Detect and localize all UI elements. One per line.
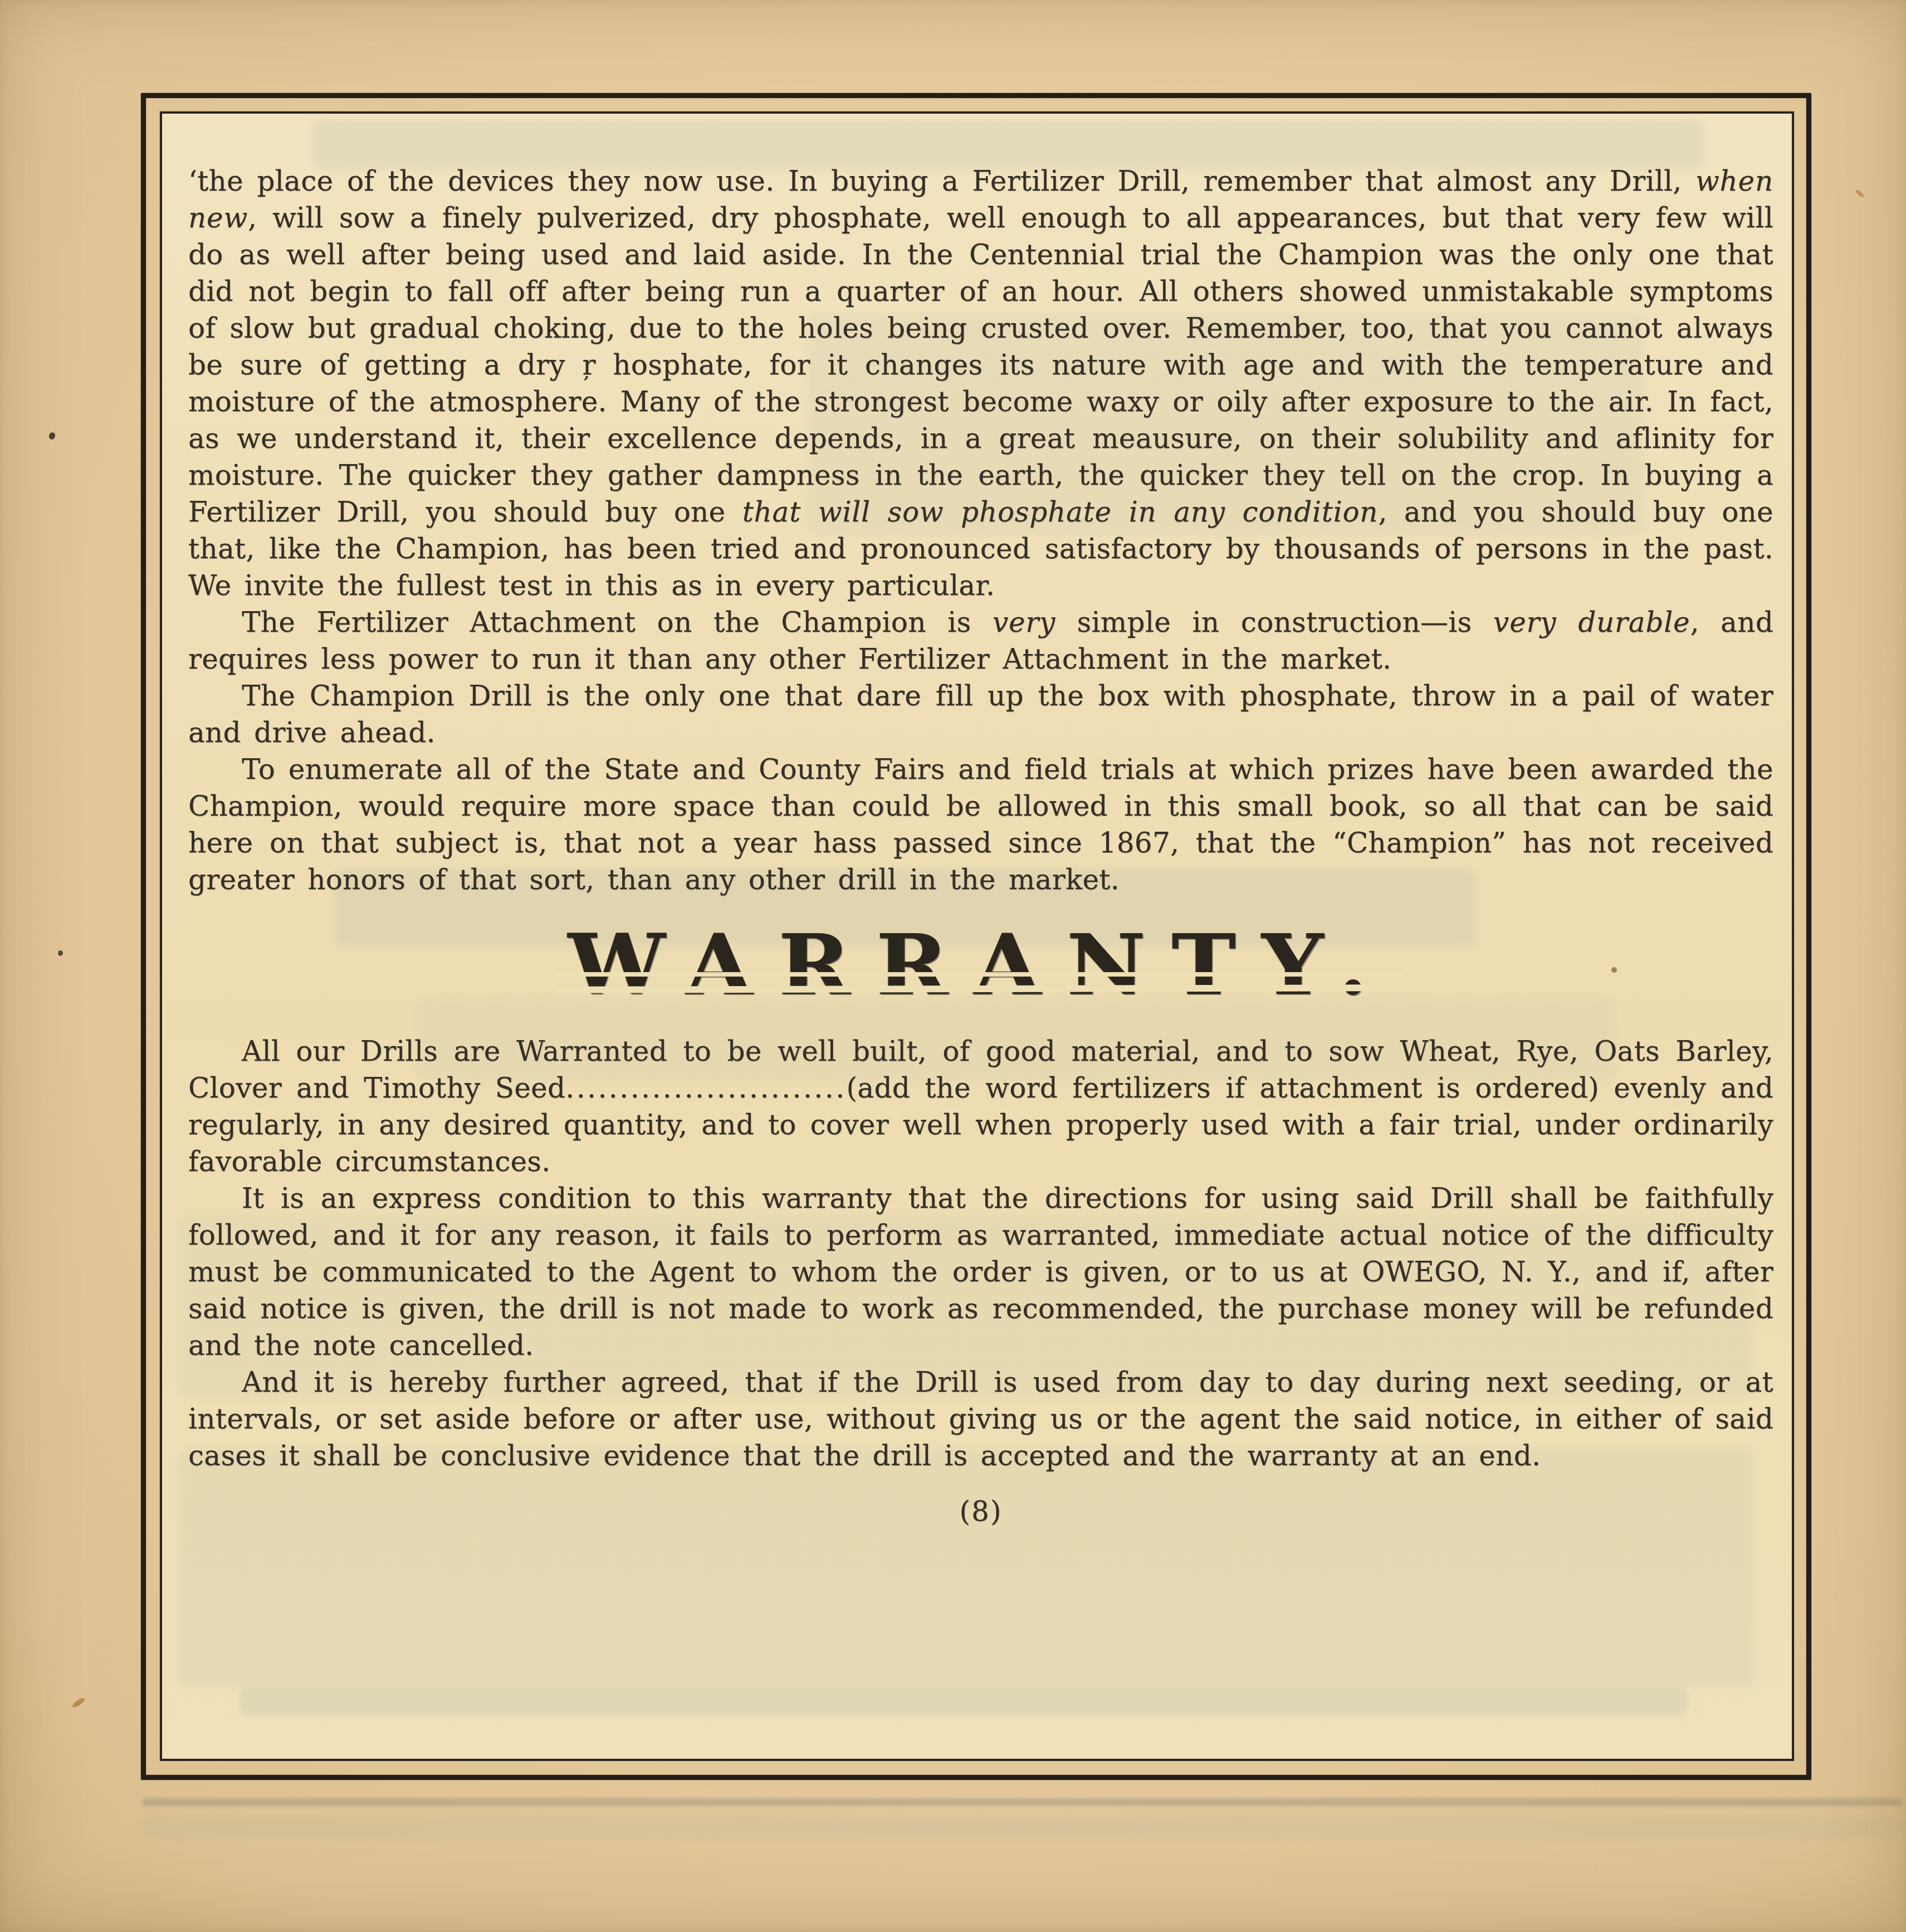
- body-paragraph: All our Drills are Warranted to be well …: [188, 1033, 1773, 1180]
- show-through-rule: [142, 1817, 1902, 1840]
- text-segment: And it is hereby further agreed, that if…: [188, 1366, 1773, 1472]
- page-number: (8): [188, 1493, 1773, 1530]
- text-segment: very: [993, 606, 1055, 638]
- text-segment: To enumerate all of the State and County…: [188, 753, 1773, 896]
- text-segment: It is an express condition to this warra…: [188, 1182, 1773, 1362]
- page-text: ‘the place of the devices they now use. …: [188, 163, 1773, 1530]
- dotted-leader: ..........................: [565, 1072, 846, 1104]
- body-paragraph: ‘the place of the devices they now use. …: [188, 163, 1773, 604]
- body-paragraph: It is an express condition to this warra…: [188, 1180, 1773, 1364]
- body-paragraph: The Fertilizer Attachment on the Champio…: [188, 604, 1773, 677]
- body-text-upper: ‘the place of the devices they now use. …: [188, 163, 1773, 898]
- paper-fleck: [71, 1696, 86, 1709]
- text-segment: that will sow phosphate in any condition: [742, 496, 1379, 528]
- body-text-lower: All our Drills are Warranted to be well …: [188, 1033, 1773, 1474]
- text-segment: ‘the place of the devices they now use. …: [188, 165, 1695, 197]
- text-segment: simple in construction—is: [1055, 606, 1493, 638]
- heading-stripe: [556, 972, 1405, 977]
- heading-stripe: [556, 984, 1405, 993]
- ink-speck: [58, 950, 63, 956]
- show-through-rule: [142, 1798, 1902, 1806]
- warranty-heading-text: WARRANTY.: [568, 920, 1394, 1009]
- text-segment: The Champion Drill is the only one that …: [188, 680, 1773, 749]
- body-paragraph: And it is hereby further agreed, that if…: [188, 1364, 1773, 1474]
- ink-speck: [48, 432, 56, 441]
- text-segment: very durable: [1493, 606, 1690, 638]
- text-segment: The Fertilizer Attachment on the Champio…: [242, 606, 993, 638]
- text-segment: , will sow a finely pulverized, dry phos…: [188, 202, 1773, 528]
- body-paragraph: The Champion Drill is the only one that …: [188, 677, 1773, 751]
- body-paragraph: To enumerate all of the State and County…: [188, 751, 1773, 898]
- warranty-heading: WARRANTY.: [188, 920, 1773, 1016]
- paper-fleck: [1855, 189, 1865, 198]
